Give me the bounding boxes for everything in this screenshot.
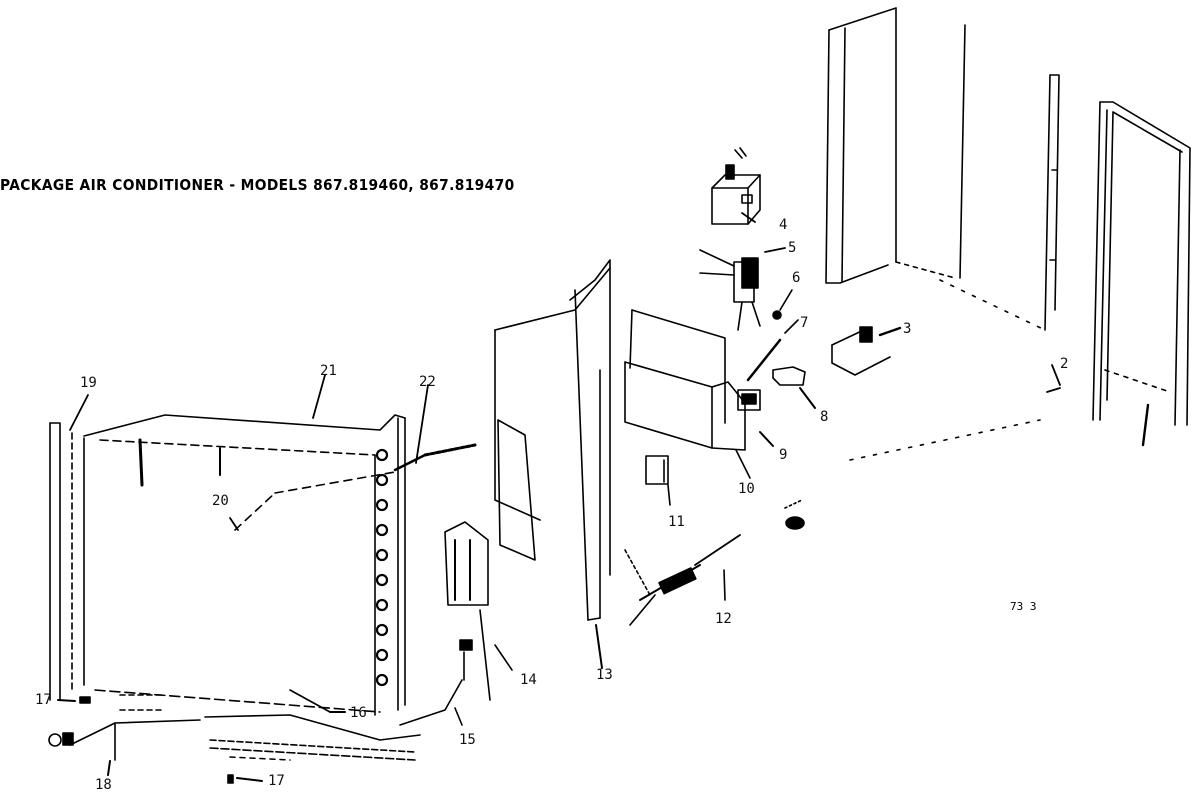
callout-3: 3 — [903, 322, 911, 336]
callout-14: 14 — [520, 673, 537, 687]
floor-guide — [850, 280, 1045, 460]
screw-left — [58, 697, 90, 703]
contactor — [712, 148, 760, 224]
callout-18: 18 — [95, 778, 112, 792]
diagram-title: PACKAGE AIR CONDITIONER - MODELS 867.819… — [0, 176, 515, 194]
callout-8: 8 — [820, 410, 828, 424]
callout-15: 15 — [459, 733, 476, 747]
callout-20: 20 — [212, 494, 229, 508]
callout-7: 7 — [800, 316, 808, 330]
front-grille-frame — [1093, 102, 1190, 445]
callout-11: 11 — [668, 515, 685, 529]
callout-12: 12 — [715, 612, 732, 626]
condenser-assembly — [50, 415, 475, 715]
plug — [785, 500, 804, 529]
callout-5: 5 — [788, 241, 796, 255]
rear-panel — [826, 8, 965, 283]
refrigerant-line — [235, 472, 395, 530]
callout-17-left: 17 — [35, 693, 52, 707]
callout-9: 9 — [779, 448, 787, 462]
callout-2: 2 — [1060, 357, 1068, 371]
callout-17-bottom: 17 — [268, 774, 285, 788]
relay — [700, 250, 760, 330]
side-panel-strip — [1045, 75, 1059, 330]
callout-6: 6 — [792, 271, 800, 285]
tubing — [400, 680, 462, 725]
callout-21: 21 — [320, 364, 337, 378]
leader-lines — [70, 213, 1060, 530]
callout-16: 16 — [350, 706, 367, 720]
control-box — [625, 310, 750, 478]
mounting-bracket — [832, 327, 900, 375]
capacitor-bracket — [738, 390, 773, 446]
callout-22: 22 — [419, 375, 436, 389]
callout-19: 19 — [80, 376, 97, 390]
clamp — [773, 367, 815, 408]
coil-fins — [377, 450, 387, 685]
base-pan — [49, 690, 420, 775]
terminal-block — [646, 456, 670, 505]
screw — [773, 290, 792, 319]
page-reference: 73 3 — [1010, 600, 1037, 613]
callout-10: 10 — [738, 482, 755, 496]
center-panel — [495, 260, 610, 668]
callout-13: 13 — [596, 668, 613, 682]
callout-4: 4 — [779, 218, 787, 232]
screw-bottom — [228, 775, 262, 783]
compressor-terminal-cover — [445, 522, 512, 700]
